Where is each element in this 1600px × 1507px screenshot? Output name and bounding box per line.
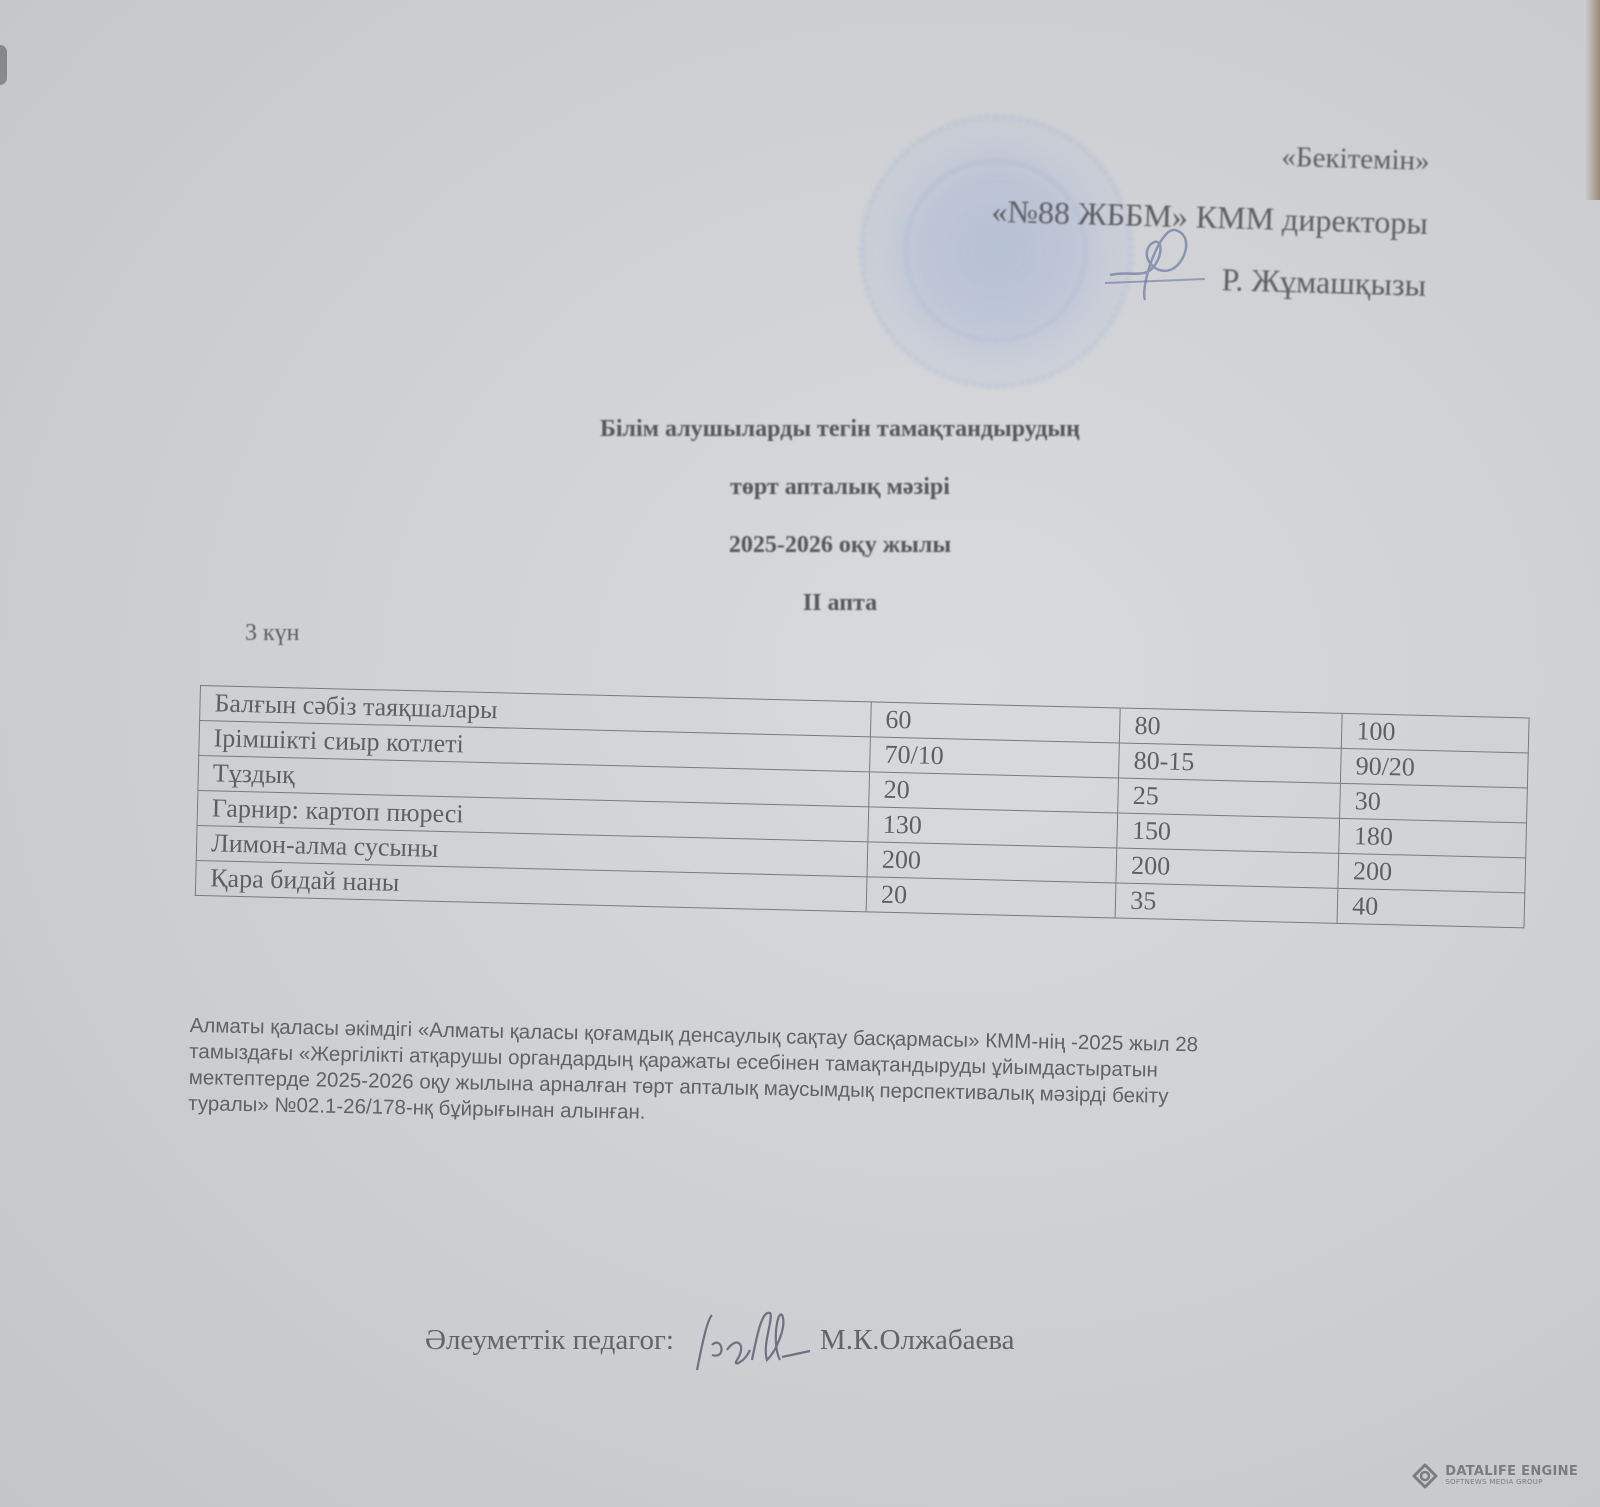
datalife-logo-icon: [1411, 1462, 1439, 1490]
portion-age-3: 30: [1340, 783, 1528, 823]
portion-age-2: 25: [1118, 778, 1341, 818]
title-line-1: Білім алушыларды тегін тамақтандырудың: [0, 400, 1600, 458]
signature-name: М.К.Олжабаева: [820, 1324, 1015, 1357]
portion-age-2: 80-15: [1119, 743, 1342, 783]
signature-role: Әлеуметтік педагог:: [425, 1324, 674, 1357]
portion-age-2: 150: [1117, 813, 1340, 853]
watermark-subtitle: SOFTNEWS MEDIA GROUP: [1445, 1478, 1578, 1487]
page-edge-table: [1586, 0, 1600, 200]
pedagogue-signature-icon: [682, 1305, 812, 1375]
footnote: Алматы қаласы әкімдігі «Алматы қаласы қо…: [188, 1013, 1490, 1142]
portion-age-1: 70/10: [870, 737, 1120, 778]
title-line-2: төрт апталық мәзірі: [0, 458, 1600, 516]
portion-age-1: 200: [867, 842, 1117, 883]
title-line-3: 2025-2026 оқу жылы: [0, 516, 1600, 574]
portion-age-1: 130: [868, 807, 1118, 848]
menu-table: Балғын сәбіз таяқшалары6080100Ірімшікті …: [195, 685, 1530, 928]
portion-age-2: 35: [1115, 883, 1338, 923]
portion-age-3: 40: [1337, 888, 1525, 928]
portion-age-1: 20: [866, 877, 1116, 918]
portion-age-3: 200: [1338, 853, 1526, 893]
page-edge-shadow: [0, 45, 7, 85]
portion-age-1: 60: [870, 702, 1120, 743]
signature-block: Әлеуметтік педагог: М.К.Олжабаева: [425, 1305, 1015, 1375]
portion-age-3: 100: [1342, 713, 1530, 753]
title-week: II апта: [0, 574, 1600, 632]
day-label: 3 күн: [245, 620, 300, 647]
portion-age-1: 20: [869, 772, 1119, 813]
document-title: Білім алушыларды тегін тамақтандырудың т…: [0, 400, 1600, 632]
watermark-brand: DATALIFE ENGINE: [1445, 1465, 1578, 1478]
portion-age-2: 200: [1116, 848, 1339, 888]
director-signature-icon: [1100, 215, 1210, 305]
portion-age-3: 180: [1339, 818, 1527, 858]
portion-age-3: 90/20: [1341, 748, 1529, 788]
datalife-watermark: DATALIFE ENGINE SOFTNEWS MEDIA GROUP: [1411, 1462, 1578, 1490]
portion-age-2: 80: [1120, 708, 1343, 748]
